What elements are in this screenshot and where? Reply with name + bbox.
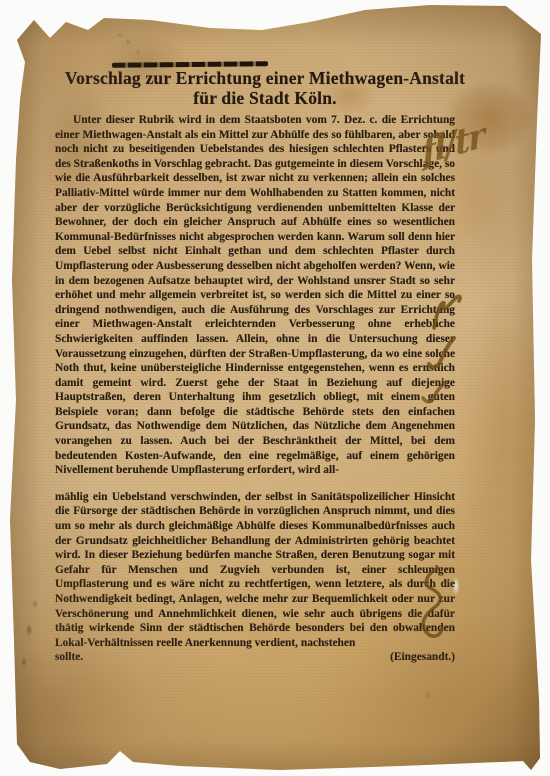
- closing-line: sollte. (Eingesandt.): [55, 650, 455, 665]
- scan-background: Vorschlag zur Errichtung einer Miethwage…: [0, 0, 550, 776]
- closing-word: sollte.: [55, 650, 83, 665]
- page-title-line2: für die Stadt Köln.: [193, 88, 337, 108]
- printed-text-area: Vorschlag zur Errichtung einer Miethwage…: [0, 0, 550, 776]
- signature-text: (Eingesandt.): [390, 650, 455, 665]
- article-body: Unter dieser Rubrik wird in dem Staatsbo…: [55, 113, 455, 665]
- header-rule: [112, 61, 268, 68]
- article-paragraph-1: Unter dieser Rubrik wird in dem Staatsbo…: [55, 113, 455, 478]
- document-page: Vorschlag zur Errichtung einer Miethwage…: [0, 0, 550, 776]
- page-title: Vorschlag zur Errichtung einer Miethwage…: [55, 68, 475, 108]
- page-title-line1: Vorschlag zur Errichtung einer Miethwage…: [65, 68, 465, 88]
- article-paragraph-2: mählig ein Uebelstand verschwinden, der …: [55, 490, 455, 651]
